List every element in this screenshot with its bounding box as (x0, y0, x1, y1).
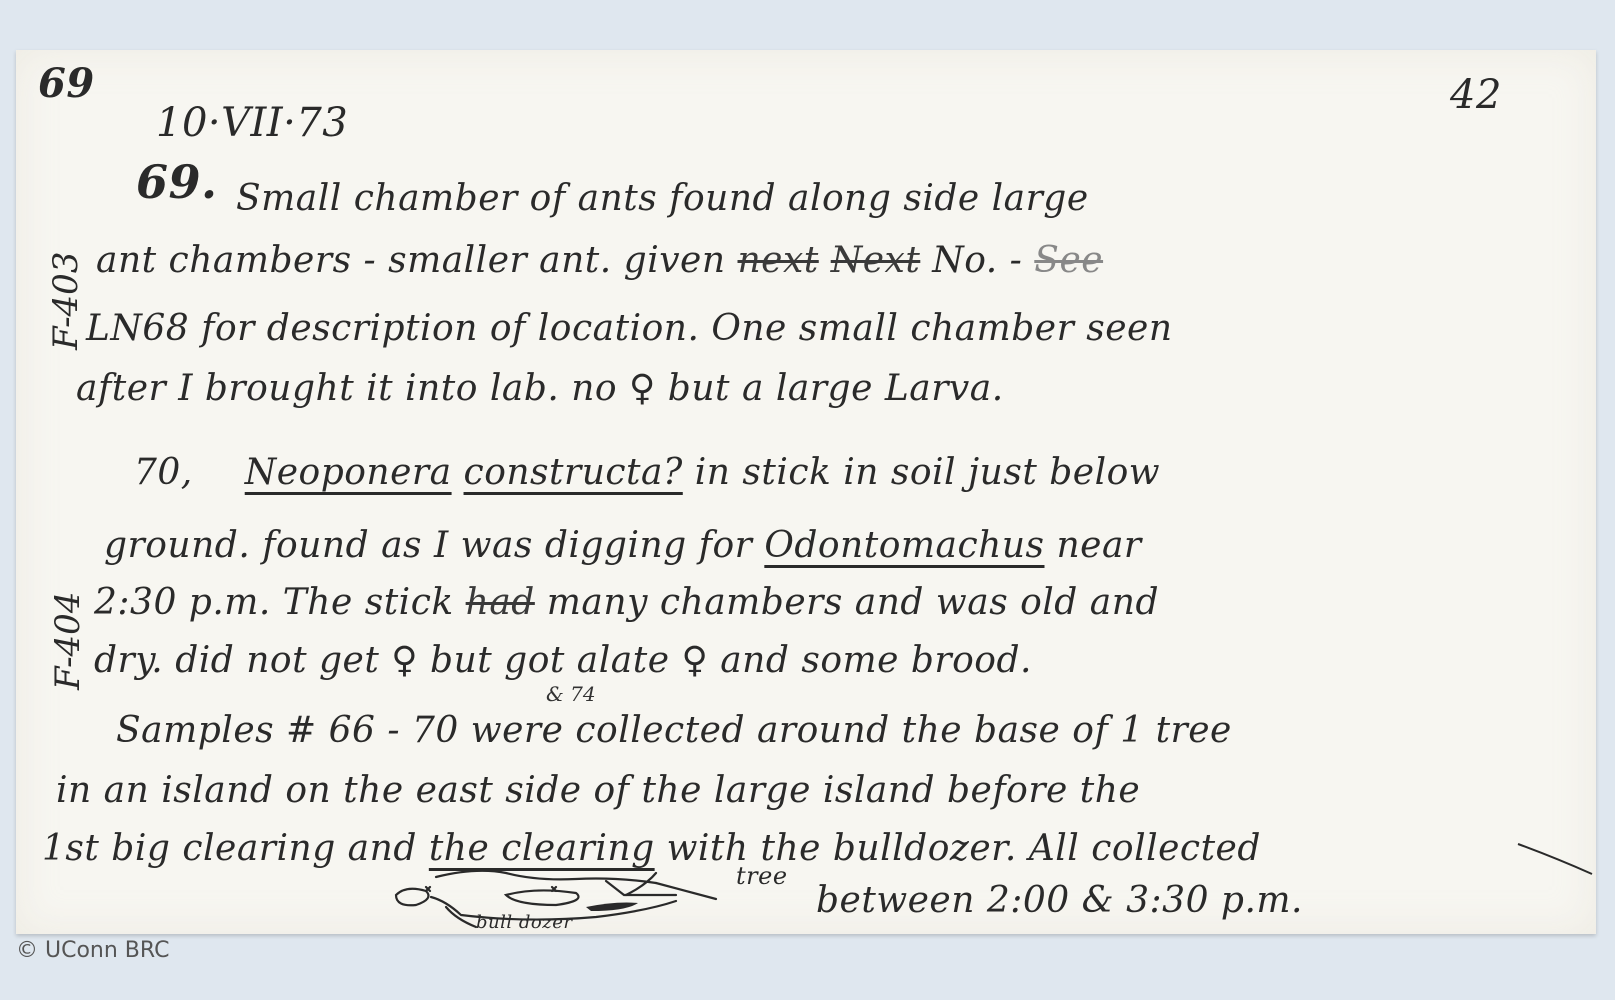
entry-70-line-1-rest: in stick in soil just below (695, 452, 1160, 493)
faint-see: See (1034, 240, 1103, 281)
margin-label-f404: F-404 (48, 592, 88, 690)
entry-70-line-3: 2:30 p.m. The stick had many chambers an… (94, 582, 1159, 623)
entry-69-line-2-text: ant chambers - smaller ant. given (96, 240, 726, 281)
summary-line-1: Samples # 66 - 70 were collected around … (116, 710, 1232, 751)
entry-69-line-2: ant chambers - smaller ant. given next N… (96, 240, 1103, 281)
entry-69-line-4: after I brought it into lab. no ♀ but a … (76, 368, 1004, 409)
date: 10·VII·73 (156, 100, 348, 146)
copyright-watermark: © UConn BRC (16, 938, 169, 963)
summary-line-3a: 1st big clearing and (42, 828, 417, 869)
corner-number-left: 69 (38, 60, 95, 107)
entry-69-line-1: Small chamber of ants found along side l… (236, 178, 1089, 219)
struck-word-next-2: Next (831, 240, 921, 281)
entry-69-number: 69. (136, 155, 218, 209)
entry-70-line-2: ground. found as I was digging for Odont… (104, 525, 1142, 566)
summary-line-1a: Samples # 66 - 70 (116, 710, 459, 751)
entry-70-line-4: dry. did not get ♀ but got alate ♀ and s… (94, 640, 1032, 681)
genus-odontomachus: Odontomachus (764, 525, 1044, 566)
sketch-label-tree: tree (736, 862, 788, 890)
entry-70-number: 70, (134, 452, 193, 493)
entry-69-no: No. - (932, 240, 1022, 281)
struck-word-next: next (738, 240, 819, 281)
entry-70-line-3-rest: many chambers and was old and (547, 582, 1159, 623)
summary-line-4: between 2:00 & 3:30 p.m. (816, 880, 1303, 921)
struck-word-had: had (466, 582, 535, 623)
entry-70-line-3-text: 2:30 p.m. The stick (94, 582, 454, 623)
margin-label-f403: F-403 (46, 252, 86, 350)
insert-and-74: & 74 (546, 682, 596, 706)
entry-69-line-3: LN68 for description of location. One sm… (86, 308, 1173, 349)
pen-stroke (1516, 840, 1596, 880)
entry-70-line-1: 70, Neoponera constructa? in stick in so… (134, 452, 1160, 493)
corner-number-right: 42 (1450, 72, 1502, 118)
summary-line-3: 1st big clearing and the clearing with t… (42, 828, 1261, 869)
summary-line-3b: the clearing (429, 828, 655, 869)
species-constructa: constructa? (464, 452, 683, 493)
genus-neoponera: Neoponera (245, 452, 452, 493)
sketch-label-bulldozer: bull dozer (476, 912, 572, 933)
summary-line-2: in an island on the east side of the lar… (56, 770, 1140, 811)
entry-70-line-2-text: ground. found as I was digging for (104, 525, 752, 566)
word-near: near (1056, 525, 1141, 566)
summary-line-1b: were collected around the base of 1 tree (471, 710, 1232, 751)
specimen-note-card: 69 42 10·VII·73 F-403 F-404 69. Small ch… (16, 50, 1596, 934)
